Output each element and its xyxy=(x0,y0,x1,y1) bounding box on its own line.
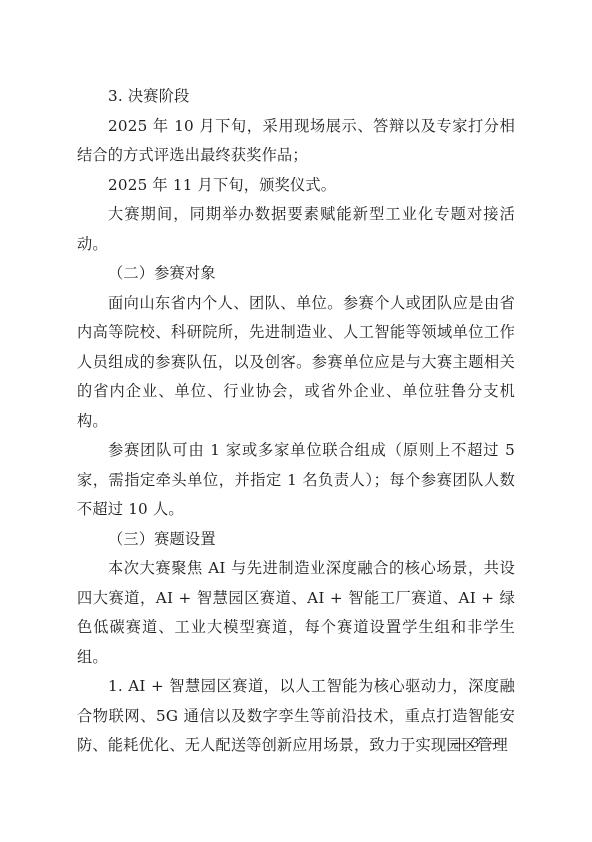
paragraph-concurrent-event: 大赛期间，同期举办数据要素赋能新型工业化专题对接活动。 xyxy=(77,200,515,259)
paragraph-participant-eligibility: 面向山东省内个人、团队、单位。参赛个人或团队应是由省内高等院校、科研院所，先进制… xyxy=(77,289,515,437)
stage-heading-final: 3. 决赛阶段 xyxy=(77,82,515,112)
paragraph-team-composition: 参赛团队可由 1 家或多家单位联合组成（原则上不超过 5 家，需指定牵头单位，并… xyxy=(77,436,515,525)
section-heading-participants: （二）参赛对象 xyxy=(77,259,515,289)
document-page: 3. 决赛阶段 2025 年 10 月下旬，采用现场展示、答辩以及专家打分相结合… xyxy=(0,0,592,842)
document-body: 3. 决赛阶段 2025 年 10 月下旬，采用现场展示、答辩以及专家打分相结合… xyxy=(77,82,515,761)
paragraph-final-stage-schedule: 2025 年 10 月下旬，采用现场展示、答辩以及专家打分相结合的方式评选出最终… xyxy=(77,112,515,171)
page-number: — 3 — xyxy=(446,736,506,752)
paragraph-award-ceremony: 2025 年 11 月下旬，颁奖仪式。 xyxy=(77,171,515,201)
section-heading-tracks: （三）赛题设置 xyxy=(77,525,515,555)
paragraph-tracks-overview: 本次大赛聚焦 AI 与先进制造业深度融合的核心场景，共设四大赛道，AI + 智慧… xyxy=(77,554,515,672)
